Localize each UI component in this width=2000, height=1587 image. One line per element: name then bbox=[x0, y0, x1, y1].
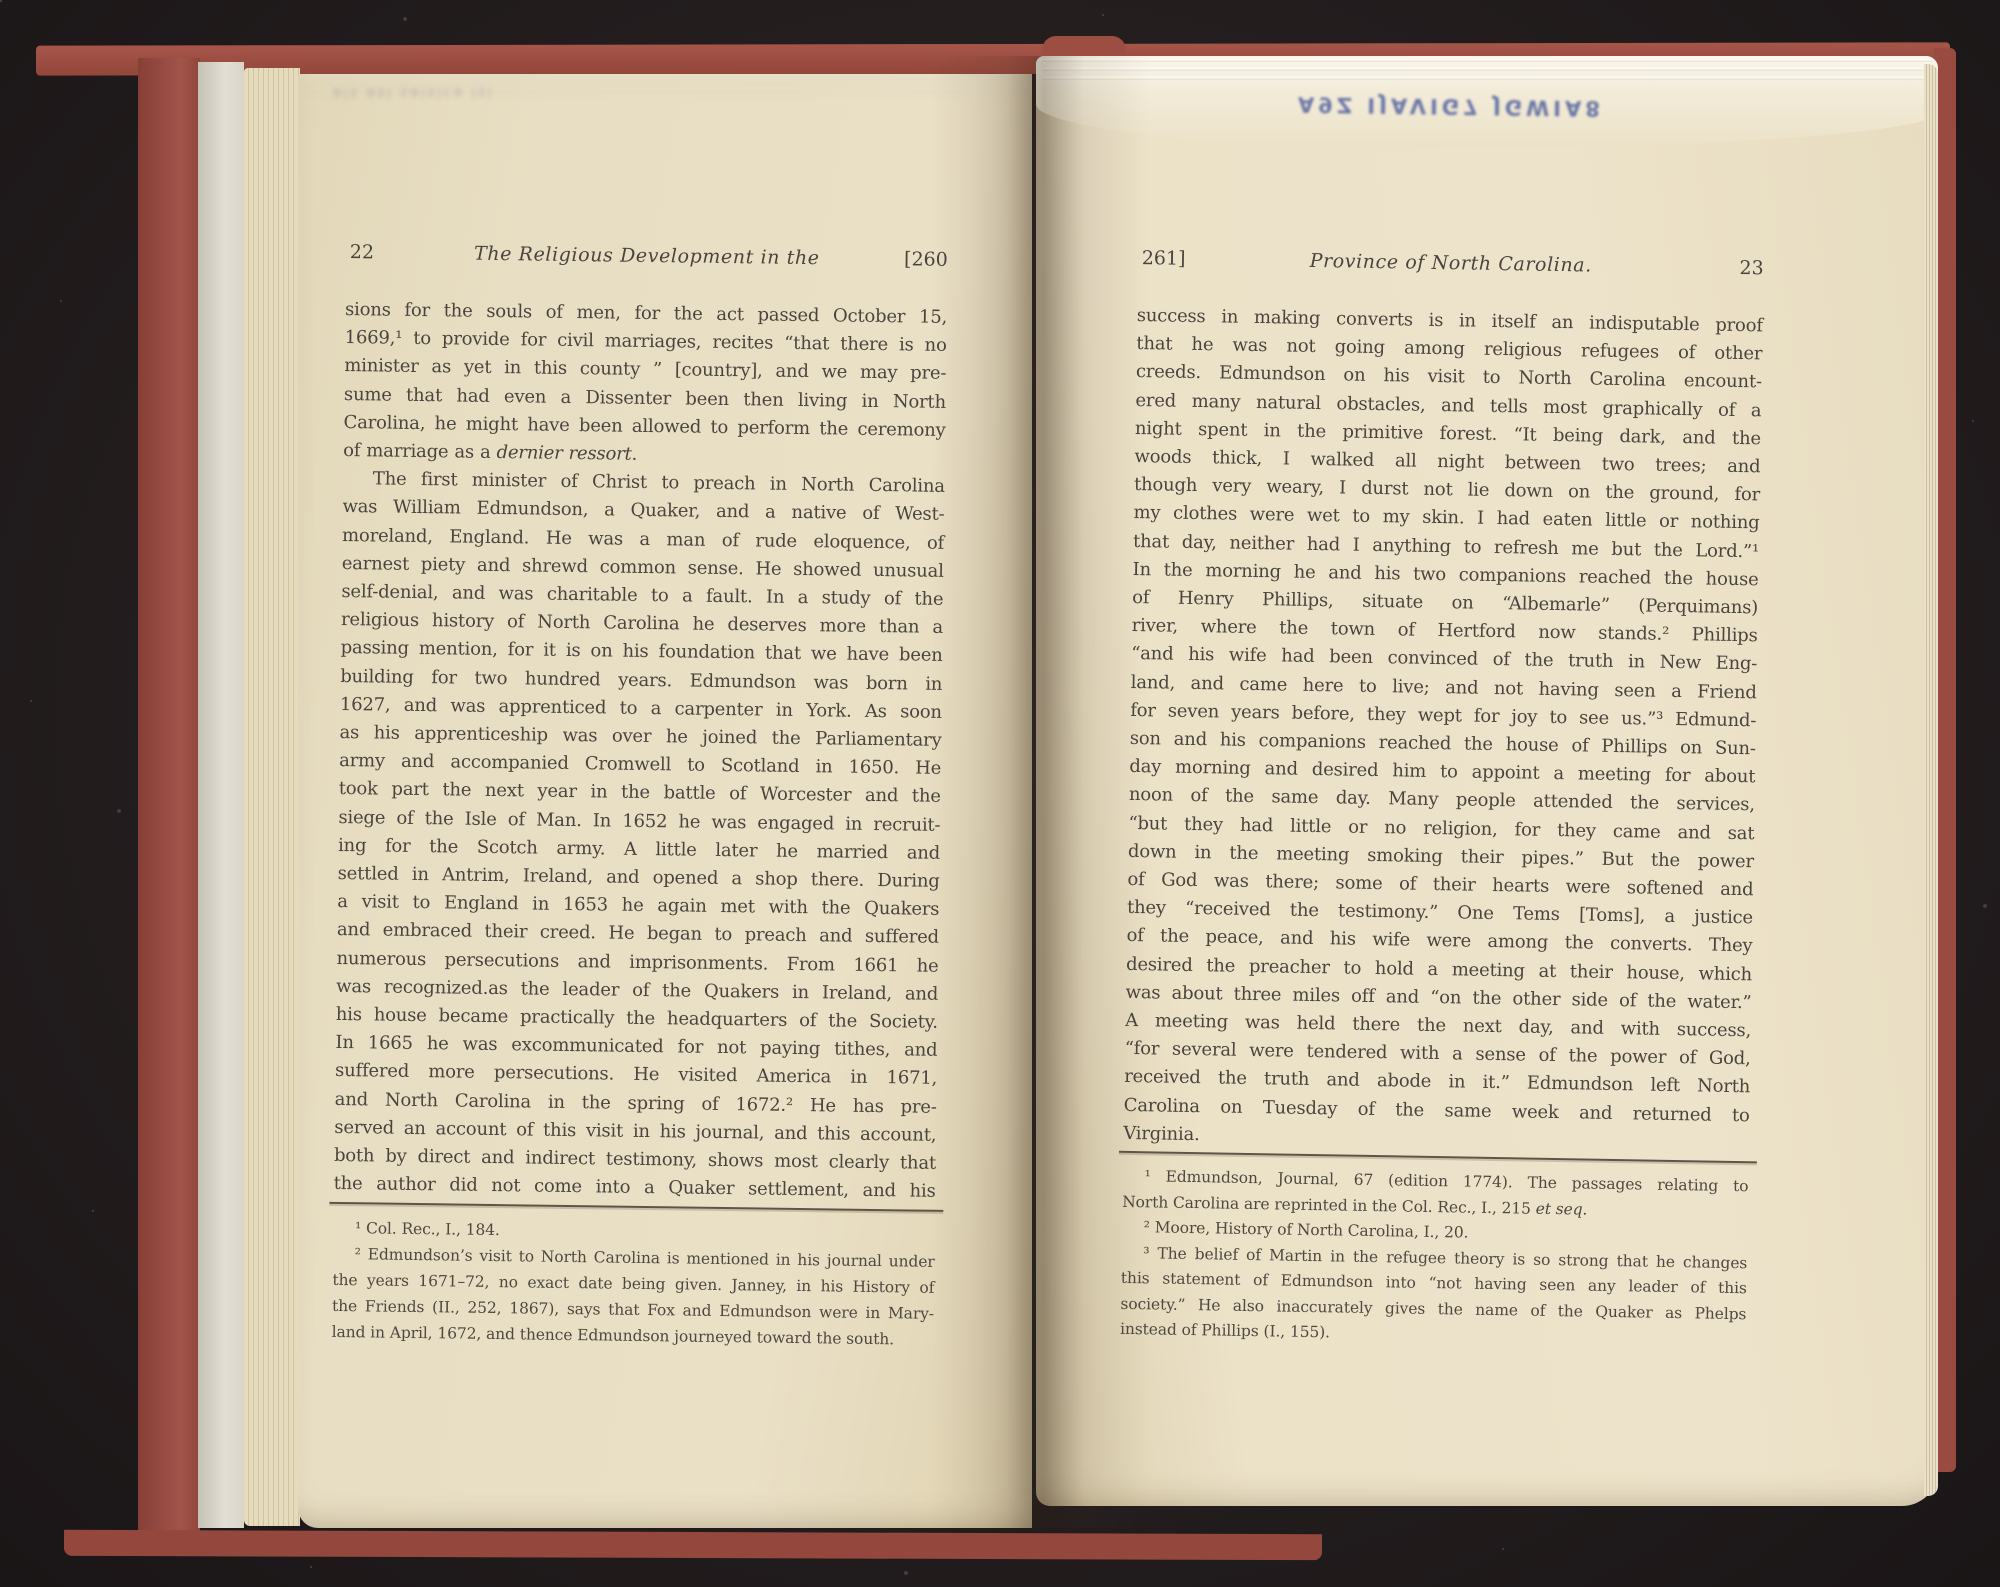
dust-specks bbox=[0, 0, 2, 2]
left-page-edge-stack bbox=[244, 68, 300, 1526]
book-photo: ais asi saisica isi A9Z IJAVIG7 JGWIA8 2… bbox=[0, 0, 2000, 1587]
fore-edge-page-stack bbox=[1924, 64, 1938, 1496]
endpaper-strip bbox=[198, 62, 244, 1528]
right-page-text: 261] Province of North Carolina. 23 succ… bbox=[1120, 246, 1764, 1353]
book-cover-bottom-edge bbox=[64, 1530, 1322, 1560]
book-cover-left-edge bbox=[138, 58, 200, 1536]
page-number: 23 bbox=[1739, 256, 1764, 280]
ink-show-through: ais asi saisica isi bbox=[332, 79, 662, 103]
left-page-text: 22 The Religious Development in the [260… bbox=[332, 240, 948, 1352]
right-footnotes: ¹ Edmundson, Journal, 67 (edition 1774).… bbox=[1120, 1164, 1749, 1353]
right-body-text: success in making converts is in itself … bbox=[1123, 302, 1763, 1158]
series-page-number: [260 bbox=[904, 247, 948, 272]
left-footnotes: ¹ Col. Rec., I., 184.² Edmundson’s visit… bbox=[332, 1214, 936, 1352]
left-body-text: sions for the souls of men, for the act … bbox=[333, 296, 947, 1206]
